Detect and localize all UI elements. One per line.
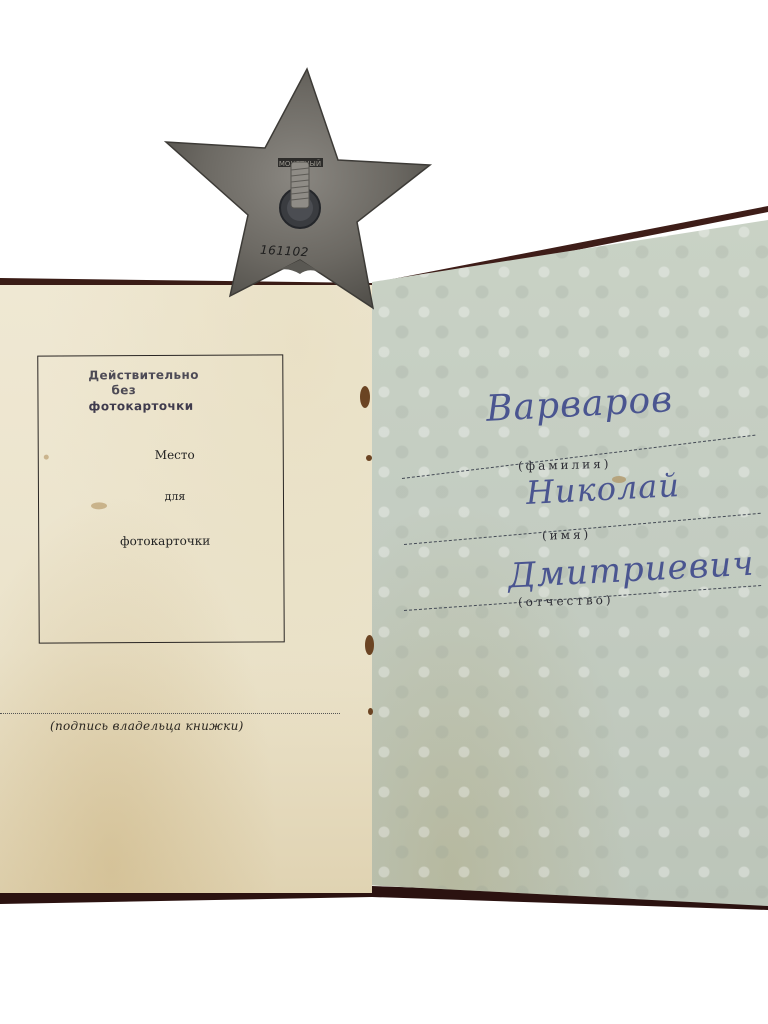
paper-stain: [44, 455, 49, 460]
photo-for-label: для: [53, 489, 297, 503]
spine-rust-stain: [360, 386, 370, 408]
spine-rust-stain: [366, 455, 372, 461]
photo-scene: Действительно без фотокарточки Место для…: [0, 0, 768, 1024]
left-page: Действительно без фотокарточки Место для…: [0, 285, 372, 893]
stamp-line-without: без: [111, 382, 355, 397]
signature-caption: (подпись владельца книжки): [50, 719, 244, 733]
paper-stain: [612, 476, 626, 483]
first-name-label: (имя): [542, 527, 592, 542]
photo-placeholder-box: Действительно без фотокарточки Место для…: [37, 354, 285, 643]
serial-number: 161102: [260, 243, 309, 260]
paper-stain: [91, 502, 107, 509]
photo-place-label: Место: [53, 447, 297, 462]
stamp-line-valid: Действительно: [88, 367, 332, 382]
patronymic-label: (отчество): [518, 593, 614, 609]
spine-rust-stain: [368, 708, 373, 715]
photo-photo-label: фотокарточки: [43, 533, 287, 548]
first-name-handwriting: Николай: [525, 466, 681, 512]
signature-line: [0, 713, 340, 714]
stamp-line-photo: фотокарточки: [88, 398, 332, 413]
order-red-star: МОНЕТНЫЙ 161102: [160, 60, 440, 310]
spine-rust-stain: [365, 635, 374, 655]
star-medal-icon: МОНЕТНЫЙ: [160, 60, 440, 310]
